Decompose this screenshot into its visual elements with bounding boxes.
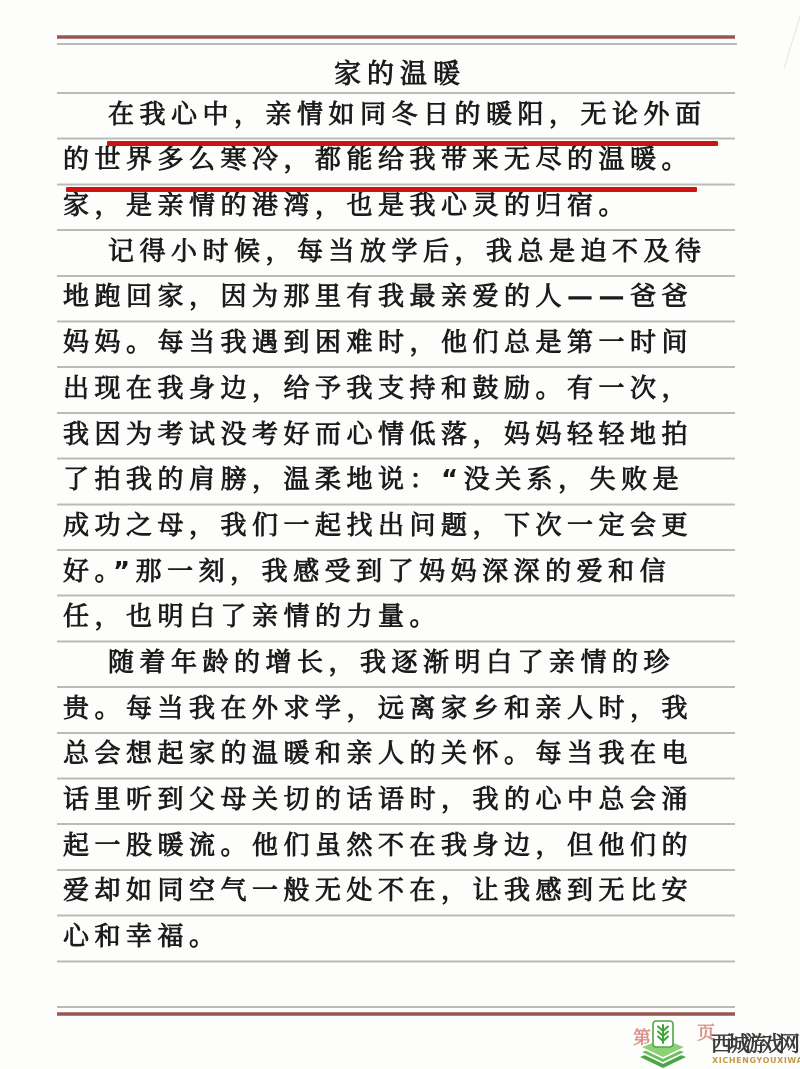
top-thin-rule [57,43,737,45]
essay-line: 出现在我身边，给予我支持和鼓励。有一次， [63,366,735,412]
essay-line: 妈妈。每当我遇到困难时，他们总是第一时间 [63,320,735,366]
essay-line: 在我心中，亲情如同冬日的暖阳，无论外面 [63,92,735,138]
top-border-rule [57,35,735,39]
essay-body: 在我心中，亲情如同冬日的暖阳，无论外面 的世界多么寒冷，都能给我带来无尽的温暖。… [63,92,735,960]
essay-line: 了拍我的肩膀，温柔地说：“没关系，失败是 [63,458,735,504]
essay-line: 心和幸福。 [63,914,735,960]
site-watermark: 西城游戏网 XICHENGYOUXIWANG [638,1018,800,1069]
essay-line: 话里听到父母关切的话语时，我的心中总会涌 [63,777,735,823]
essay-line: 任，也明白了亲情的力量。 [63,595,735,641]
essay-line: 贵。每当我在外求学，远离家乡和亲人时，我 [63,686,735,732]
bottom-border-rule [57,1012,735,1016]
watermark-site-name: 西城游戏网 [711,1028,796,1058]
wheat-diamond-icon [640,1020,686,1068]
essay-title: 家的温暖 [0,52,800,91]
red-underline [66,187,697,192]
essay-line: 我因为考试没考好而心情低落，妈妈轻轻地拍 [63,412,735,458]
essay-line: 好。”那一刻，我感受到了妈妈深深的爱和信 [63,549,735,595]
essay-line: 起一股暖流。他们虽然不在我身边，但他们的 [63,823,735,869]
essay-page: 家的温暖 在我心中，亲情如同冬日的暖阳，无论外面 的世界多么寒冷，都能给我带来无… [0,0,800,1069]
essay-line: 爱却如同空气一般无处不在，让我感到无比安 [63,869,735,915]
essay-line: 成功之母，我们一起找出问题，下次一定会更 [63,503,735,549]
red-underline [107,141,718,146]
essay-line: 地跑回家，因为那里有我最亲爱的人——爸爸 [63,275,735,321]
essay-line: 随着年龄的增长，我逐渐明白了亲情的珍 [63,640,735,686]
essay-line: 总会想起家的温暖和亲人的关怀。每当我在电 [63,732,735,778]
essay-line: 记得小时候，每当放学后，我总是迫不及待 [63,229,735,275]
watermark-site-name-latin: XICHENGYOUXIWANG [712,1056,800,1065]
